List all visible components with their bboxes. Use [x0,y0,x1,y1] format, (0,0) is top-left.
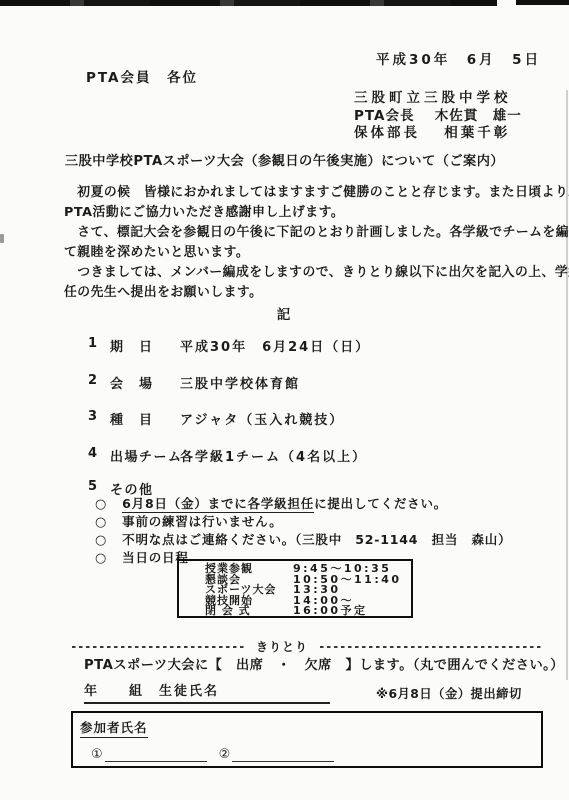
body-line: PTA活動にご協力いただき感謝申し上げます。 [64,203,524,223]
scan-top-edge-right [516,0,569,5]
participants-label: 参加者氏名 [80,718,148,738]
participants-box: 参加者氏名 ① ② [71,711,543,768]
body-line: 任の先生へ提出をお願いします。 [64,283,524,303]
participant-fields: ① ② [91,747,541,762]
item-value: 三股中学校体育館 [180,373,300,392]
note-row-practice: ○ 事前の練習は行いません。 [95,512,283,530]
item-value: 各学級1チーム（4名以上） [180,446,367,465]
circle-bullet-icon: ○ [95,533,107,548]
attendance-line: PTAスポーツ大会に【 出席 ・ 欠席 】します。（丸で囲んでください。） [84,654,564,673]
sender-school: 三股町立三股中学校 [354,86,512,106]
item-label: 出場チーム [110,446,180,465]
sender-chief: 保体部長 相葉千彰 [354,121,510,141]
participant-field-1 [105,749,207,762]
body-line: つきましては、メンバー編成をしますので、きりとり線以下に出欠を記入の上、学級担 [64,263,524,283]
schedule-row: 閉 会 式 16:00予定 [205,606,411,617]
doc-title: 三股中学校PTAスポーツ大会（参観日の午後実施）について（ご案内） [0,150,569,169]
item-row-venue: 2 会 場 三股中学校体育館 [88,373,300,392]
scan-right-edge [566,90,568,680]
scanned-document-page: 平成30年 6月 5日 PTA会員 各位 三股町立三股中学校 PTA会長 木佐貫… [0,0,569,800]
deadline-note: ※6月8日（金）提出締切 [376,684,522,702]
body-line: さて、標記大会を参観日の午後に下記のとおり計画しました。各学級でチームを編成し [64,223,524,243]
item-row-event: 3 種 目 アジャタ（玉入れ競技） [88,409,344,428]
doc-date: 平成30年 6月 5日 [376,48,541,68]
item-label: 種 目 [110,409,180,428]
schedule-table: 授業参観 9:45〜10:35 懇談会 10:50〜11:40 スポーツ大会 1… [177,559,413,618]
scan-speck [0,234,4,243]
cut-line-dash-right [320,646,542,648]
item-number: 3 [88,409,110,428]
note-text: 6月8日（金）までに各学級担任に提出してください。 [122,494,447,512]
cut-line: きりとり [72,638,542,655]
circled-2-icon: ② [219,747,231,762]
item-label: 会 場 [110,373,180,392]
item-number: 1 [88,336,110,355]
circle-bullet-icon: ○ [95,515,107,530]
item-value: 平成30年 6月24日（日） [180,336,370,355]
item-label: 期 日 [110,336,180,355]
item-number: 2 [88,373,110,392]
note-text: 事前の練習は行いません。 [122,512,282,530]
note-row-contact: ○ 不明な点はご連絡ください。（三股中 52-1144 担当 森山） [95,530,511,548]
item-row-teams: 4 出場チーム 各学級1チーム（4名以上） [88,446,367,465]
note-row-deadline: ○ 6月8日（金）までに各学級担任に提出してください。 [95,494,447,512]
cut-line-label: きりとり [256,638,308,655]
circle-bullet-icon: ○ [95,551,107,566]
record-heading: 記 [0,303,569,323]
circled-1-icon: ① [91,747,103,762]
note-row-day-schedule: ○ 当日の日程 [95,548,189,566]
cut-line-dash-left [72,646,244,648]
note-underlined-text: 6月8日（金）までに各学級担任 [122,496,314,513]
body-line: て親睦を深めたいと思います。 [64,243,524,263]
item-number: 4 [88,446,110,465]
item-row-date: 1 期 日 平成30年 6月24日（日） [88,336,370,355]
scan-top-edge [0,0,497,6]
participant-field-2 [232,749,334,762]
body-paragraphs: 初夏の候 皆様におかれましてはますますご健勝のことと存じます。また日頃より本校 … [64,183,524,303]
circle-bullet-icon: ○ [95,497,107,512]
body-line: 初夏の候 皆様におかれましてはますますご健勝のことと存じます。また日頃より本校 [64,183,524,203]
schedule-time: 16:00予定 [293,606,368,617]
addressee: PTA会員 各位 [86,66,198,86]
item-value: アジャタ（玉入れ競技） [180,409,344,428]
student-info-line: 年 組 生徒氏名 [84,680,330,704]
note-text: 不明な点はご連絡ください。（三股中 52-1144 担当 森山） [122,530,511,548]
schedule-label: 閉 会 式 [205,606,293,617]
